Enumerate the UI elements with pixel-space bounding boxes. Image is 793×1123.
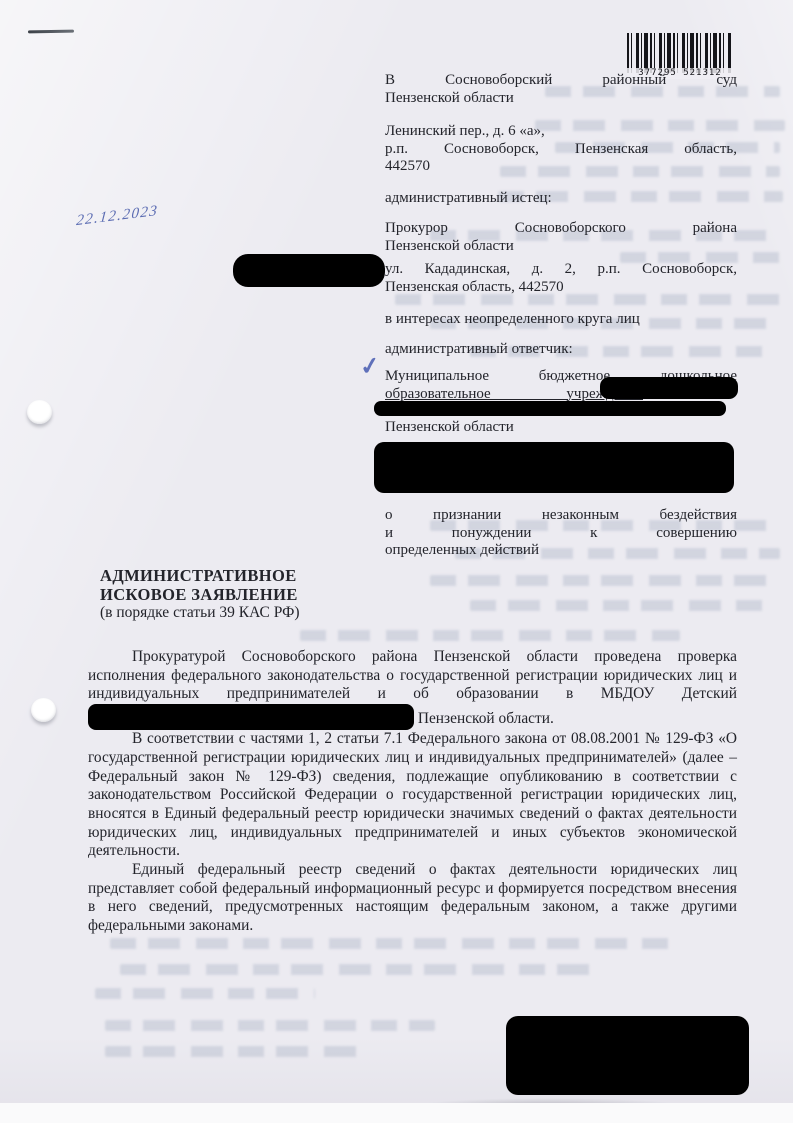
plaintiff-name-line: Прокурор Сосновоборского района bbox=[385, 220, 737, 238]
redaction-box-plaintiff bbox=[233, 254, 385, 287]
body-paragraph: Прокуратурой Сосновоборского района Пенз… bbox=[88, 648, 737, 730]
plaintiff-address-block: ул. Кададинская, д. 2, р.п. Сосновоборск… bbox=[385, 261, 737, 296]
redaction-box-defendant-name bbox=[600, 377, 738, 399]
body-paragraph-text: Пензенской области. bbox=[418, 710, 554, 727]
redaction-box-inline bbox=[88, 704, 414, 730]
document-title-block: АДМИНИСТРАТИВНОЕ ИСКОВОЕ ЗАЯВЛЕНИЕ (в по… bbox=[100, 567, 430, 623]
bleed-through-artifact bbox=[430, 575, 780, 586]
defendant-region-line: Пензенской области bbox=[385, 419, 737, 437]
plaintiff-name-block: Прокурор Сосновоборского района Пензенск… bbox=[385, 220, 737, 255]
court-address-line: Ленинский пер., д. 6 «а», bbox=[385, 123, 737, 141]
bleed-through-artifact bbox=[300, 630, 680, 641]
defendant-label: административный ответчик: bbox=[385, 341, 737, 359]
scanned-page: 377295 521312 22.12.2023 В Сосновоборски… bbox=[0, 0, 793, 1103]
bleed-through-artifact bbox=[120, 964, 600, 975]
handwritten-date: 22.12.2023 bbox=[76, 203, 159, 230]
bleed-through-artifact bbox=[110, 938, 670, 949]
redaction-box-defendant-name bbox=[374, 401, 726, 416]
redaction-box-defendant-details bbox=[374, 442, 734, 493]
body-paragraph: Единый федеральный реестр сведений о фак… bbox=[88, 861, 737, 936]
court-registration-barcode: 377295 521312 bbox=[627, 33, 733, 77]
document-title-line: АДМИНИСТРАТИВНОЕ bbox=[100, 567, 430, 586]
plaintiff-address-line: ул. Кададинская, д. 2, р.п. Сосновоборск… bbox=[385, 261, 737, 279]
plaintiff-label: административный истец: bbox=[385, 190, 737, 208]
hole-punch bbox=[27, 400, 52, 424]
court-address-block: Ленинский пер., д. 6 «а», р.п. Сосновобо… bbox=[385, 123, 737, 176]
bleed-through-artifact bbox=[95, 988, 315, 999]
plaintiff-name-line: Пензенской области bbox=[385, 238, 737, 256]
document-title-line: ИСКОВОЕ ЗАЯВЛЕНИЕ bbox=[100, 586, 430, 605]
pen-mark bbox=[28, 30, 74, 34]
bleed-through-artifact bbox=[105, 1020, 435, 1031]
claim-subject-line: и понуждении к совершению bbox=[385, 525, 737, 543]
redaction-box-signature bbox=[506, 1016, 749, 1095]
checkmark-annotation-icon: ✓ bbox=[358, 351, 382, 383]
claim-subject-line: о признании незаконным бездействия bbox=[385, 507, 737, 525]
claim-subject-line: определенных действий bbox=[385, 542, 737, 560]
court-name-block: В Сосновоборский районный суд Пензенской… bbox=[385, 72, 737, 107]
interest-statement: в интересах неопределенного круга лиц bbox=[385, 311, 737, 329]
court-address-line: 442570 bbox=[385, 158, 737, 176]
bleed-through-artifact bbox=[105, 1046, 365, 1057]
court-name-line: Пензенской области bbox=[385, 90, 737, 108]
plaintiff-address-line: Пензенская область, 442570 bbox=[385, 279, 737, 297]
document-title-subline: (в порядке статьи 39 КАС РФ) bbox=[100, 604, 430, 623]
court-address-line: р.п. Сосновоборск, Пензенская область, bbox=[385, 141, 737, 159]
hole-punch bbox=[31, 698, 56, 722]
body-paragraph-text: Прокуратурой Сосновоборского района Пенз… bbox=[88, 648, 737, 702]
barcode-bars-icon bbox=[627, 33, 733, 73]
bleed-through-artifact bbox=[470, 600, 770, 611]
court-name-line: В Сосновоборский районный суд bbox=[385, 72, 737, 90]
document-body: Прокуратурой Сосновоборского района Пенз… bbox=[88, 648, 737, 936]
scanner-background bbox=[0, 1103, 793, 1123]
claim-subject-block: о признании незаконным бездействия и пон… bbox=[385, 507, 737, 560]
body-paragraph: В соответствии с частями 1, 2 статьи 7.1… bbox=[88, 730, 737, 861]
